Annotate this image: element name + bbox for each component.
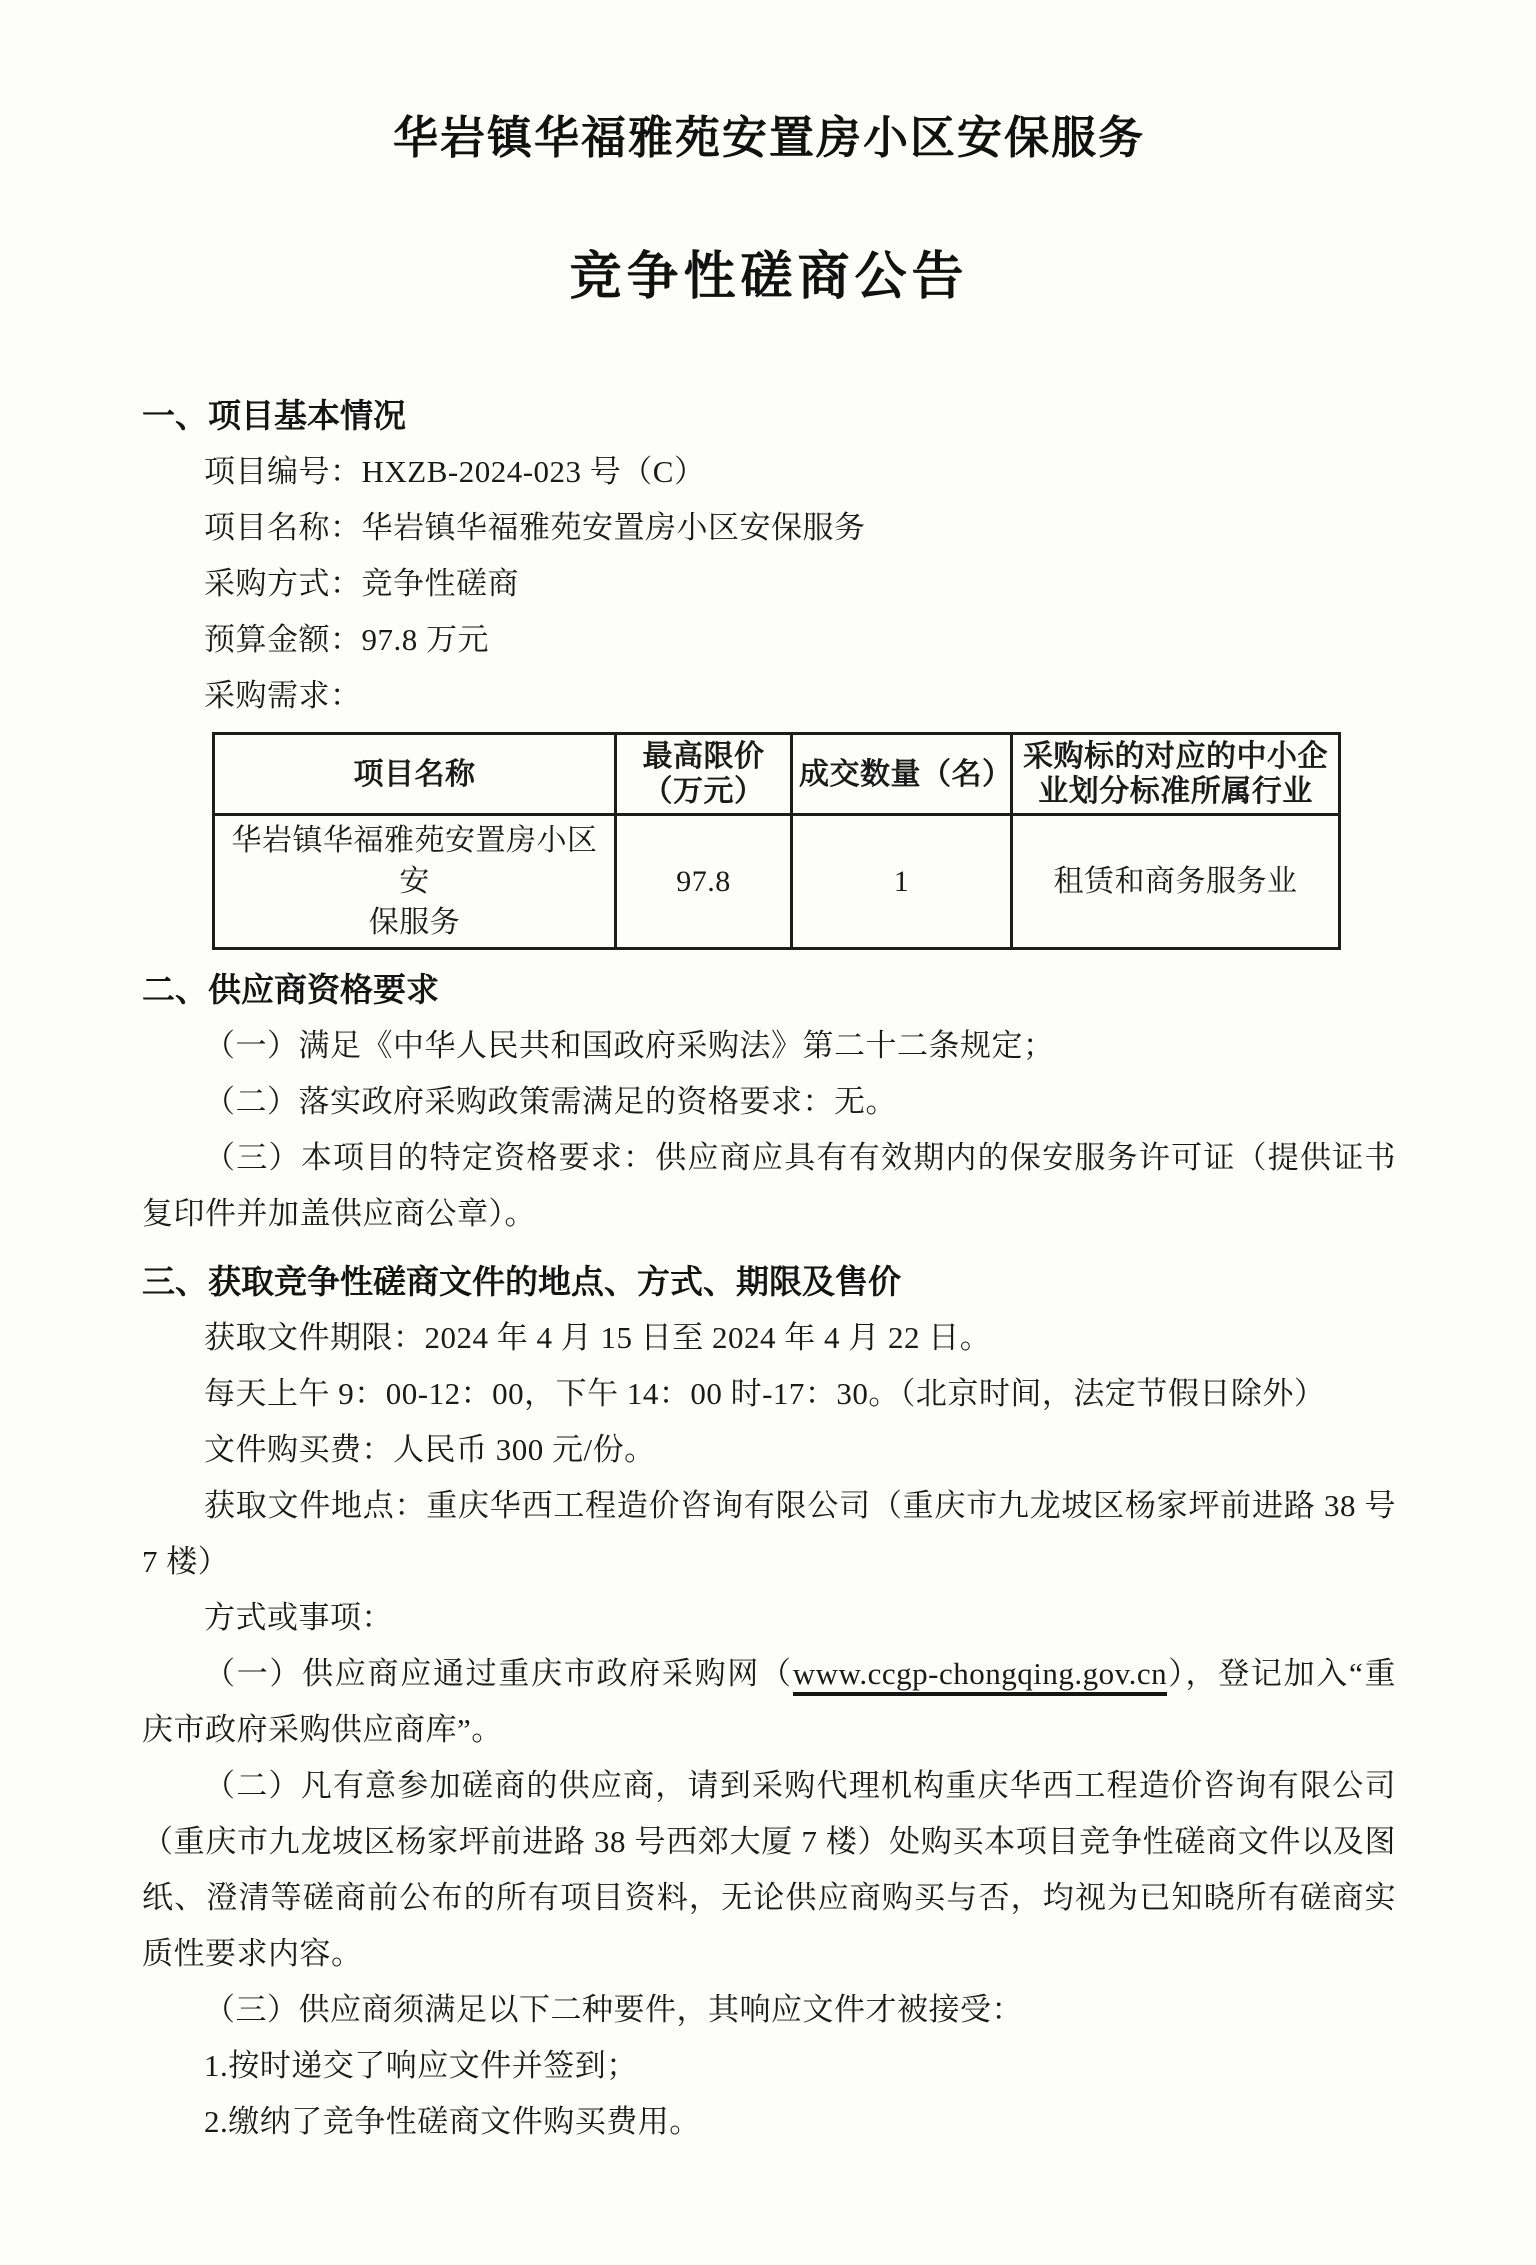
- section-3-heading: 三、获取竞争性磋商文件的地点、方式、期限及售价: [142, 1254, 1396, 1310]
- cell-project-name: 华岩镇华福雅苑安置房小区安 保服务: [214, 815, 616, 949]
- project-code-line: 项目编号：HXZB-2024-023 号（C）: [142, 444, 1396, 500]
- header-project-name: 项目名称: [214, 734, 616, 815]
- header-max-price: 最高限价 （万元）: [616, 734, 792, 815]
- section-2-heading: 二、供应商资格要求: [142, 962, 1396, 1018]
- header-industry-category: 采购标的对应的中小企 业划分标准所属行业: [1012, 734, 1340, 815]
- procurement-website-url[interactable]: www.ccgp-chongqing.gov.cn: [793, 1656, 1167, 1696]
- qualification-item-3: （三）本项目的特定资格要求：供应商应具有有效期内的保安服务许可证（提供证书复印件…: [142, 1130, 1396, 1242]
- method-item-3: （三）供应商须满足以下二种要件，其响应文件才被接受：: [142, 1982, 1396, 2038]
- procurement-requirements-table: 项目名称 最高限价 （万元） 成交数量（名） 采购标的对应的中小企 业划分标准所…: [212, 732, 1341, 950]
- daily-hours-line: 每天上午 9：00-12：00，下午 14：00 时-17：30。（北京时间，法…: [142, 1366, 1396, 1422]
- method-or-matters-label: 方式或事项：: [142, 1590, 1396, 1646]
- procurement-method-line: 采购方式：竞争性磋商: [142, 556, 1396, 612]
- qualification-item-1: （一）满足《中华人民共和国政府采购法》第二十二条规定；: [142, 1018, 1396, 1074]
- table-row: 华岩镇华福雅苑安置房小区安 保服务 97.8 1 租赁和商务服务业: [214, 815, 1340, 949]
- budget-amount-line: 预算金额：97.8 万元: [142, 612, 1396, 668]
- document-title-line1: 华岩镇华福雅苑安置房小区安保服务: [142, 108, 1396, 168]
- requirement-2: 2.缴纳了竞争性磋商文件购买费用。: [142, 2094, 1396, 2150]
- file-location-line: 获取文件地点：重庆华西工程造价咨询有限公司（重庆市九龙坡区杨家坪前进路 38 号…: [142, 1478, 1396, 1590]
- project-name-line: 项目名称：华岩镇华福雅苑安置房小区安保服务: [142, 500, 1396, 556]
- procurement-demand-label: 采购需求：: [142, 668, 1396, 724]
- method-item-1-prefix: （一）供应商应通过重庆市政府采购网（: [204, 1656, 793, 1691]
- table-header-row: 项目名称 最高限价 （万元） 成交数量（名） 采购标的对应的中小企 业划分标准所…: [214, 734, 1340, 815]
- cell-deal-count: 1: [792, 815, 1012, 949]
- method-item-2: （二）凡有意参加磋商的供应商，请到采购代理机构重庆华西工程造价咨询有限公司（重庆…: [142, 1758, 1396, 1982]
- cell-max-price: 97.8: [616, 815, 792, 949]
- method-item-1: （一）供应商应通过重庆市政府采购网（www.ccgp-chongqing.gov…: [142, 1646, 1396, 1758]
- requirement-1: 1.按时递交了响应文件并签到；: [142, 2038, 1396, 2094]
- document-page: 华岩镇华福雅苑安置房小区安保服务 竞争性磋商公告 一、项目基本情况 项目编号：H…: [0, 0, 1536, 2265]
- document-title-line2: 竞争性磋商公告: [142, 246, 1396, 308]
- file-period-line: 获取文件期限：2024 年 4 月 15 日至 2024 年 4 月 22 日。: [142, 1310, 1396, 1366]
- qualification-item-2: （二）落实政府采购政策需满足的资格要求：无。: [142, 1074, 1396, 1130]
- purchase-fee-line: 文件购买费：人民币 300 元/份。: [142, 1422, 1396, 1478]
- cell-industry: 租赁和商务服务业: [1012, 815, 1340, 949]
- section-1-heading: 一、项目基本情况: [142, 388, 1396, 444]
- header-deal-count: 成交数量（名）: [792, 734, 1012, 815]
